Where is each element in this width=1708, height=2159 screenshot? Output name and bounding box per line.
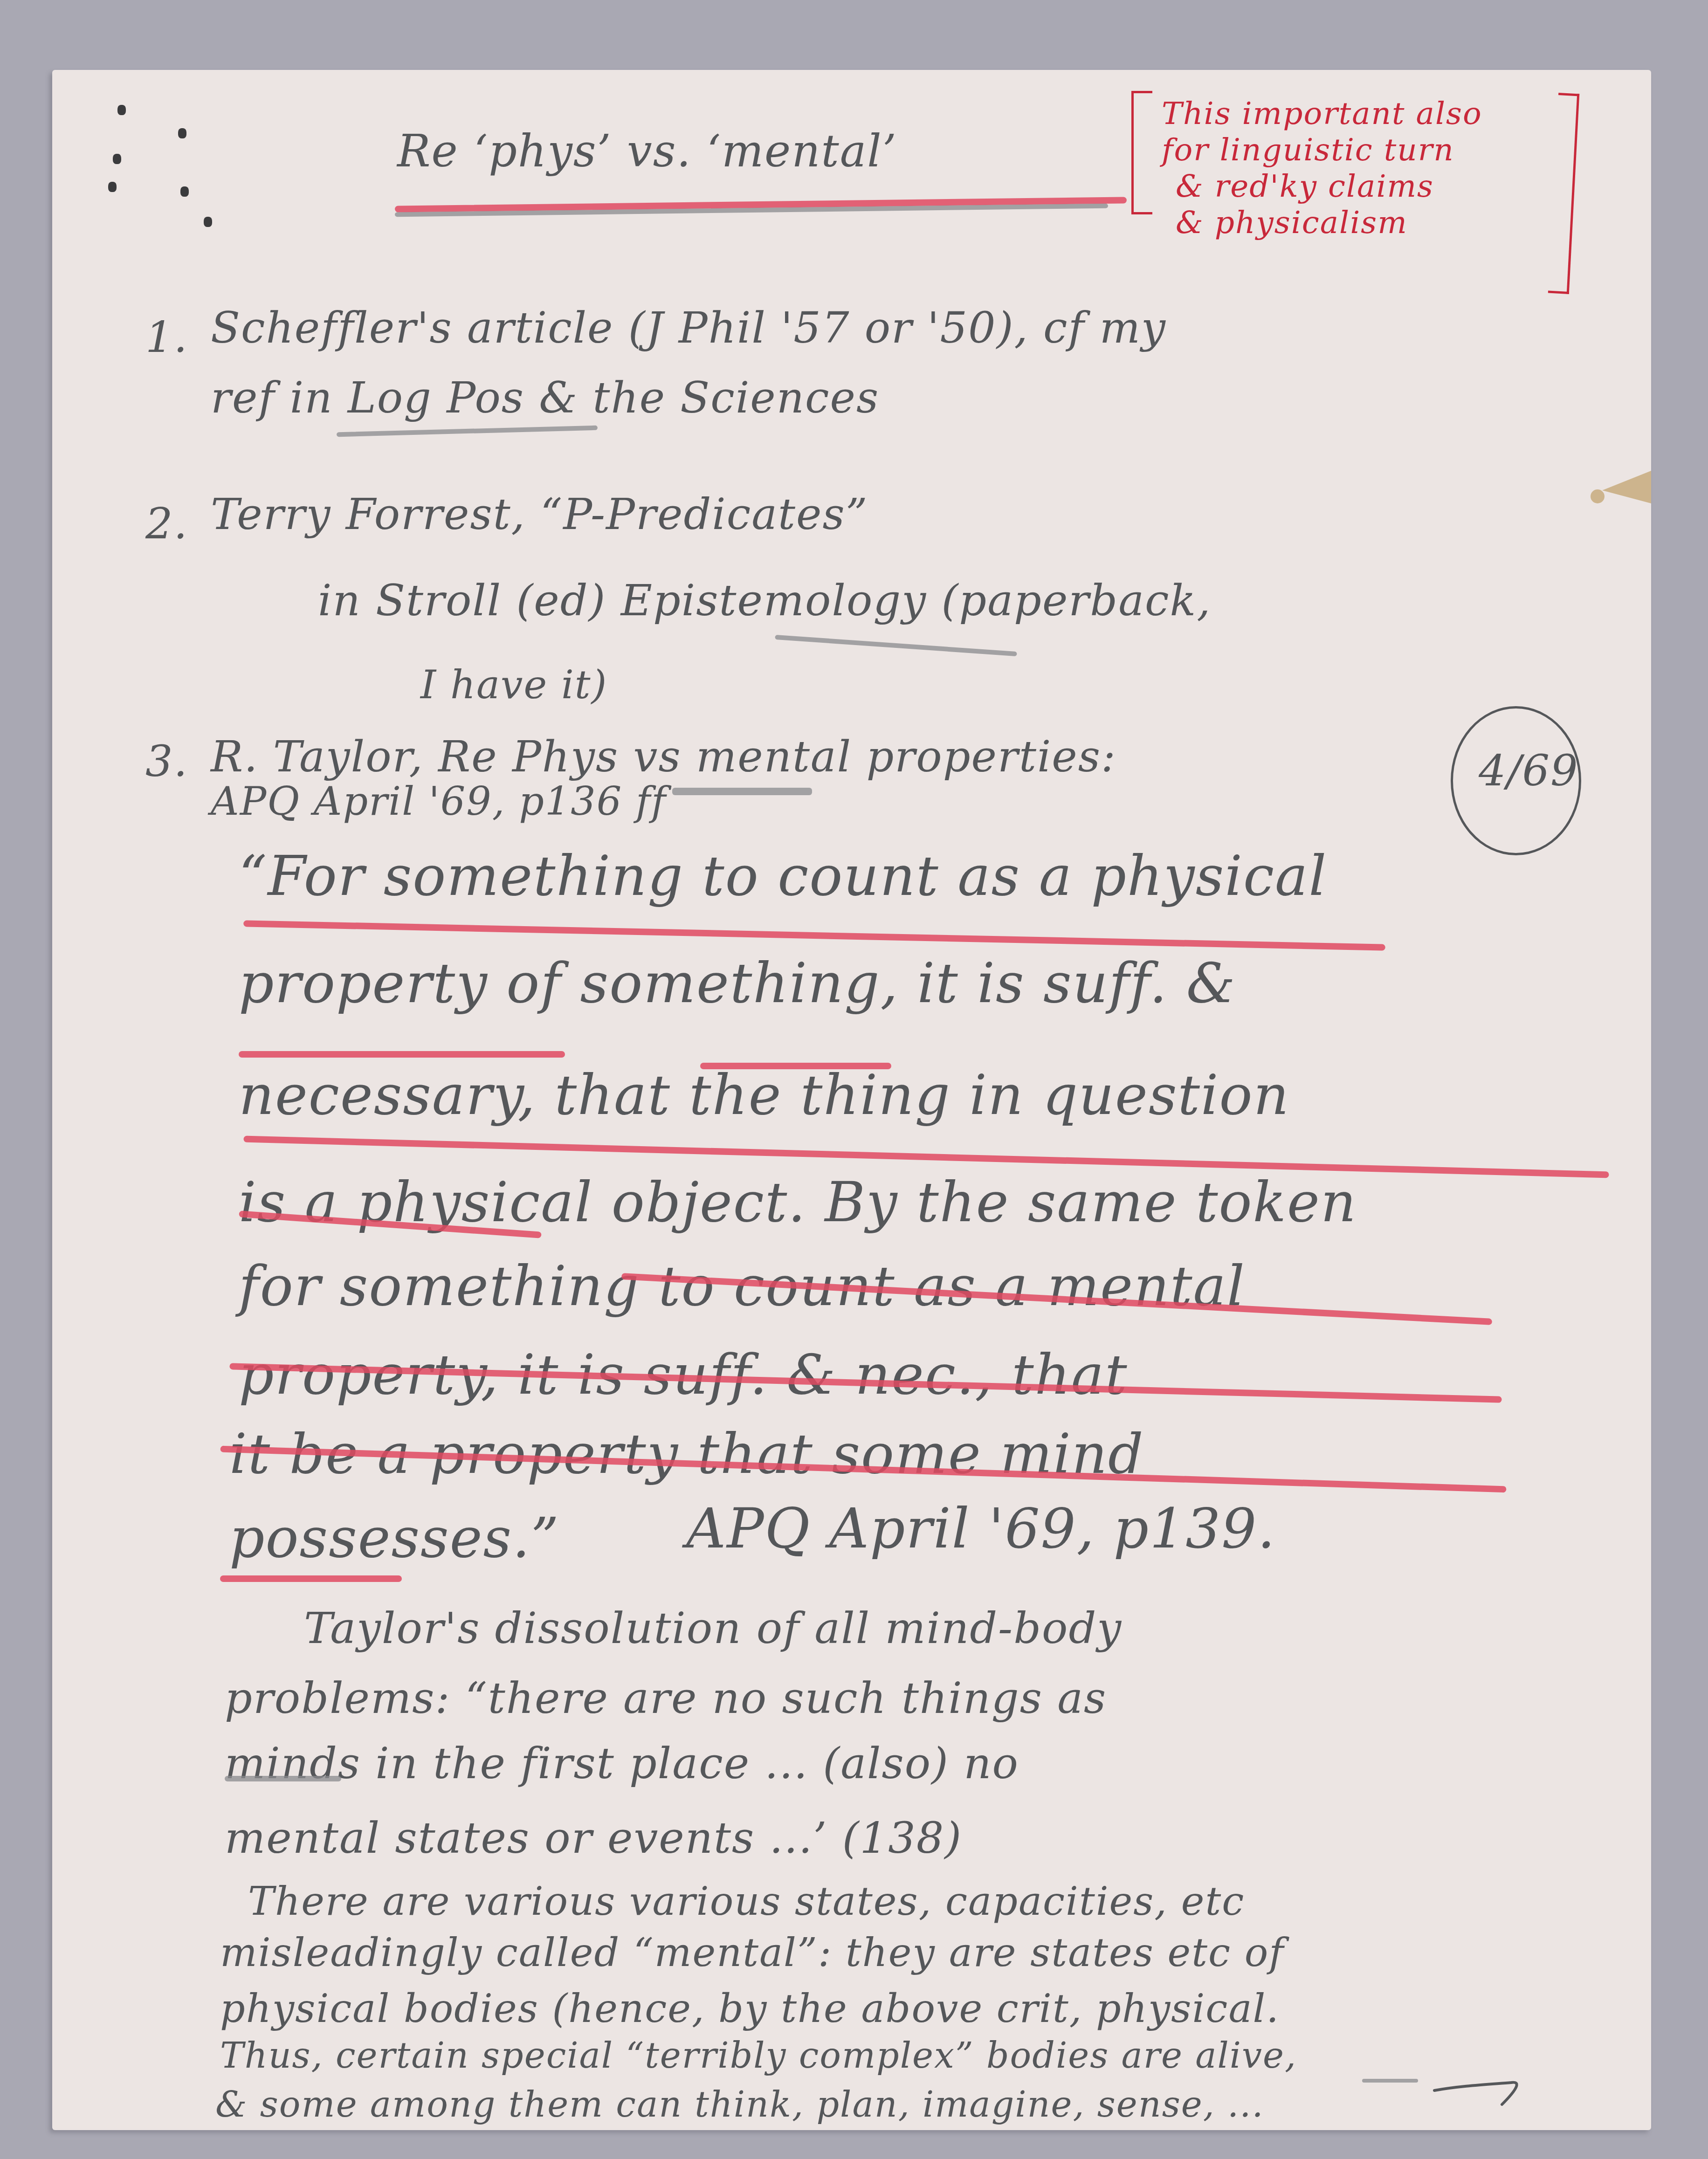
item-2-underline bbox=[775, 635, 1017, 656]
punch-mark bbox=[180, 186, 189, 197]
quote-line: “For something to count as a physical bbox=[239, 844, 1327, 908]
commentary-line: minds in the first place ... (also) no bbox=[225, 1739, 1019, 1788]
closing-underline bbox=[1362, 2079, 1418, 2083]
item-3-header-underline bbox=[672, 788, 812, 795]
page-title: Re ‘phys’ vs. ‘mental’ bbox=[397, 126, 897, 177]
item-3-source: APQ April '69, p136 ff bbox=[211, 778, 667, 824]
quote-underline bbox=[239, 1051, 565, 1058]
quote-line: property of something, it is suff. & bbox=[239, 951, 1236, 1015]
closing-line: physical bodies (hence, by the above cri… bbox=[220, 1986, 1280, 2031]
margin-note: This important also for linguistic turn … bbox=[1162, 96, 1482, 241]
item-1-number: 1. bbox=[145, 312, 188, 362]
quote-underline bbox=[220, 1575, 402, 1582]
commentary-underline bbox=[225, 1776, 341, 1781]
item-3-header: R. Taylor, Re Phys vs mental properties: bbox=[211, 732, 1116, 782]
margin-note-line: for linguistic turn bbox=[1162, 132, 1482, 168]
closing-line: There are various various states, capaci… bbox=[248, 1878, 1245, 1924]
punch-mark bbox=[108, 182, 117, 192]
punch-mark bbox=[117, 105, 126, 115]
closing-line: misleadingly called “mental”: they are s… bbox=[220, 1930, 1284, 1975]
manuscript-page: Re ‘phys’ vs. ‘mental’ This important al… bbox=[52, 70, 1651, 2130]
quote-underline bbox=[243, 920, 1385, 950]
stain-mark bbox=[1602, 471, 1651, 503]
quote-line: necessary, that the thing in question bbox=[239, 1063, 1290, 1127]
margin-note-line: This important also bbox=[1162, 96, 1482, 132]
margin-note-bracket-right bbox=[1548, 93, 1579, 294]
closing-line: Thus, certain special “terribly complex”… bbox=[220, 2035, 1297, 2076]
closing-line: & some among them can think, plan, imagi… bbox=[215, 2083, 1264, 2125]
item-1-line: ref in Log Pos & the Sciences bbox=[211, 373, 879, 423]
punch-mark bbox=[113, 154, 121, 164]
commentary-line: Taylor's dissolution of all mind-body bbox=[304, 1603, 1122, 1653]
item-1-underline bbox=[337, 426, 598, 437]
item-3-number: 3. bbox=[145, 736, 188, 786]
quote-line: possesses.” bbox=[229, 1506, 560, 1570]
punch-mark bbox=[204, 217, 212, 227]
item-2-line: I have it) bbox=[420, 662, 607, 708]
date-circle-text: 4/69 bbox=[1479, 746, 1579, 796]
quote-citation: APQ April '69, p139. bbox=[686, 1496, 1276, 1561]
commentary-line: mental states or events ...’ (138) bbox=[225, 1813, 962, 1863]
punch-mark bbox=[178, 128, 186, 138]
item-2-line: Terry Forrest, “P-Predicates” bbox=[211, 489, 868, 539]
commentary-line: problems: “there are no such things as bbox=[225, 1673, 1107, 1723]
item-2-number: 2. bbox=[145, 499, 188, 549]
arrow-right-icon bbox=[1432, 2070, 1525, 2111]
item-2-line: in Stroll (ed) Epistemology (paperback, bbox=[318, 576, 1212, 626]
quote-line: for something to count as a mental bbox=[239, 1254, 1246, 1318]
item-1-line: Scheffler's article (J Phil '57 or '50),… bbox=[211, 303, 1166, 353]
stain-mark bbox=[1591, 489, 1605, 503]
margin-note-line: & physicalism bbox=[1162, 205, 1482, 241]
margin-note-bracket-left bbox=[1131, 91, 1152, 214]
margin-note-line: & red'ky claims bbox=[1162, 168, 1482, 205]
